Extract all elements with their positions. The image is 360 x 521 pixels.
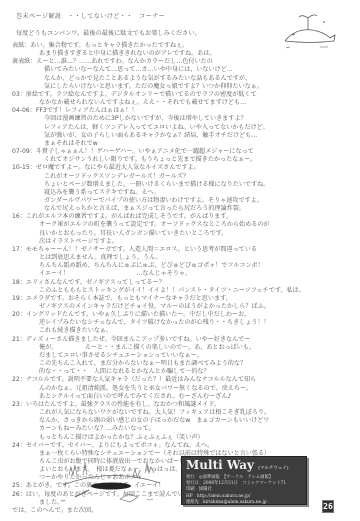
entry-label: 26： (12, 491, 26, 498)
entry-label: 04-06： (12, 107, 36, 114)
entry-label: 24： (12, 442, 26, 449)
page-number: 26 (322, 500, 334, 513)
entry-text: モモちゃーーん！！ゼノサーガです。人造人間＝エロス。という思考が間違っている (26, 246, 257, 253)
entry-text: これがエルフ本の練習ですよ。がんばれば完成しそうです。がんばります。 (26, 213, 232, 220)
commentary-line: ゼノギアスのメインキャラだけどチョイ役。マルーのほうがよかったかしら？ぱふ。 (12, 303, 342, 311)
entry-text: 扉絵です。ラフ絵なんですよ。デジタルオンリーで描いてるのでラフの密度が低くて (26, 91, 257, 98)
commentary-line: ちんちん舐め舐め、ちんちんにゅぷにゅぷ、どぴゅどぴゅゴポォ！でフルコンボ！ (12, 262, 342, 270)
entry-label: 20： (12, 311, 26, 318)
commentary-line: これがオーソドックスツンデレガールズ！ガールズ？ (12, 173, 342, 181)
commentary-line: 17：モモちゃーーん！！ゼノサーガです。人造人間＝エロス。という思考が間違ってい… (12, 246, 342, 254)
commentary-line: 21：ディズィーさん描きましたぜ。今回まんこアップ多いですね。いやー好きなんでー (12, 336, 342, 344)
commentary-line: もっとちんこ描けばよかったかな？ふぇふぇふぇ（笑い声） (12, 434, 342, 442)
commentary-line: 10-15：ゼロ魔ですよー。なにやら最近大人気なルイズさんですよ。 (12, 164, 342, 172)
entry-label: 07-09： (12, 148, 36, 155)
commentary-line: んのかなぁ。元祖清純派。処女を失うと巫女パワー無くなるので、戻えちー。 (12, 385, 342, 393)
commentary-line: 18：エリィさんなんです。ゼノギアスってしってるー？ (12, 279, 342, 287)
entry-text: エメラダです。おそらく本誌で、もっともマイナーなキャラだと思います。 (26, 295, 232, 302)
entry-label: 18： (12, 279, 26, 286)
entry-label: 表紙： (12, 42, 30, 49)
entry-label: 10-15： (12, 164, 36, 171)
commentary-line: なんか、どっかで見たことあるような気がするみたいな話もあるんですが、 (12, 75, 342, 83)
commentary-line: まぁそれはそれでw (12, 140, 342, 148)
commentary-line: 気が強いが、女の子らしい面もあるキャラかなぁ？結局、触手オチだけども… (12, 132, 342, 140)
entry-text: ゼロ魔ですよー。なにやら最近大人気なルイズさんですよ。 (36, 164, 200, 171)
entry-text: エリィさんなんです。ゼノギアスってしってるー？ (26, 279, 165, 286)
commentary-line: だましてエロい事させるシチュエーションっていいなぁー。 (12, 352, 342, 360)
entry-text: いろはたんですよ。最強クラスの性能を有し、なおかつ和風謎メイド。 (26, 401, 220, 408)
commentary-line: 03：扉絵です。ラフ絵なんですよ。デジタルオンリーで描いてるのでラフの密度が低く… (12, 91, 342, 99)
commentary-line: 19：エメラダです。おそらく本誌で、もっともマイナーなキャラだと思います。 (12, 295, 342, 303)
entry-label: 19： (12, 295, 26, 302)
entry-label: 03： (12, 91, 26, 98)
commentary-line: 良いかとおもったり。耳長い人ガンガン描いていきたいところです。 (12, 230, 342, 238)
commentary-line: 次はイラストページですよ。 (12, 238, 342, 246)
entry-label: 16： (12, 213, 26, 220)
entry-text: イングリッドたんです。いやぁ久しぶりに描いた描いたー。中だし中だしわーお。 (26, 311, 250, 318)
commentary-line: なんか、さっきから頭の弱い感じの女の子ばっかだなw まぁゴカーンもいいけどワ (12, 417, 342, 425)
commentary-line: イエーイ！ …なんじゃそりゃ。 (12, 270, 342, 278)
entry-label: 25： (12, 482, 26, 489)
entry-label: 21： (12, 336, 26, 343)
book-title-reading: (マルチウェイ) (258, 466, 288, 471)
commentary-line: 俺が。 えーと・・まんこ描くの楽しいので～。あ、あとおっぱいも。 (12, 344, 342, 352)
commentary-line: 気にしたらいけないと思います。ただの魔女っ娘ですよ？いつか仰仰たいなぁ。 (12, 83, 342, 91)
colophon-title: Multi Way (マルチウェイ) (186, 459, 302, 475)
page-heading: 巻末ページ解説 ・・してないけど・・ コーナー (16, 11, 165, 20)
commentary-line: 描いてみたいなーなんて…思って…さ…いや中身には、いないけど… (12, 66, 342, 74)
commentary-line: 07-09：斗貴子しゃぁぁん！！ゲハーゲハー。いやぁアニメ化で一躍超メジャーにな… (12, 148, 342, 156)
entry-text: ディズィーさん描きましたぜ。今回まんこアップ多いですね。いやー好きなんでー (26, 336, 251, 343)
commentary-list: 表紙：あい。集合物です。もっとキャラ描きたかったですねぇ。あまり描きすぎると中身… (12, 42, 342, 515)
commentary-line: 24：セイバーです。セイバー。よりにもよってボコォ。なんてね。えへ。 (12, 442, 342, 450)
commentary-line: カーンもねーみたいな？…みたいなって。 (12, 425, 342, 433)
commentary-line: ガンダールヴパワーでパイプの使い方は物凄いわけですよ。そりゃ速攻ですよ。 (12, 197, 342, 205)
entry-text: ナコルルです。説明不要な人気キャラ（だった？）最近はみんなナコルルなんて知ら (26, 376, 256, 383)
commentary-line: 今回は漫画練習のために3Pしかないですが、今後は増やしていきますよ？ (12, 115, 342, 123)
book-title: Multi Way (186, 458, 254, 472)
entry-label: 裏表紙： (12, 58, 36, 65)
entry-label: 22： (12, 376, 26, 383)
entry-text: セイバーです。セイバー。よりにもよってボコォ。なんてね。えへ。 (26, 442, 213, 449)
intro-text: 毎度どうもコンバンワ。最後の最後に駄文でもお楽しみください。 (16, 28, 201, 37)
colophon-box: Multi Way (マルチウェイ) 発行 ◎深夢画報 【サークル アレム画報】… (181, 456, 307, 505)
colophon-contact: 連絡先 kirishima@alem.sakura.ne.jp (186, 500, 302, 506)
entry-text: 斗貴子しゃぁぁん！！ゲハーゲハー。いやぁアニメ化で一躍超メジャーになって (36, 148, 254, 155)
afterword-page: 巻末ページ解説 ・・してないけど・・ コーナー 毎度どうもコンバンワ。最後の最後… (0, 0, 360, 521)
entry-label: 23： (12, 401, 26, 408)
entry-label: 17： (12, 246, 26, 253)
commentary-line: 22：ナコルルです。説明不要な人気キャラ（だった？）最近はみんなナコルルなんて知… (12, 376, 342, 384)
commentary-line: ちょいとページ数増えました。一冊いけるくらいまで描ける様になりたいですね。 (12, 181, 342, 189)
entry-text: あい。集合物です。もっとキャラ描きたかったですねぇ。 (30, 42, 188, 49)
entry-text: FF3です！レフィアたんはぁはぁ！！ (36, 107, 138, 114)
commentary-line: オーク軍がエルフの町を襲うって設定です。オーソドックスなところから始めるのが (12, 221, 342, 229)
commentary-line: あとシクルイって面白いので呼んでみてくだされ。むーざんむーざん♪ (12, 393, 342, 401)
commentary-line: 表紙：あい。集合物です。もっとキャラ描きたかったですねぇ。 (12, 42, 342, 50)
commentary-line: これも続き描きたいなぁ。 (12, 327, 342, 335)
commentary-line: 23：いろはたんですよ。最強クラスの性能を有し、なおかつ和風謎メイド。 (12, 401, 342, 409)
island-illustration (55, 455, 170, 510)
commentary-line: レフィアたんは、軽くツンデレ入っててエロいよね。いや入ってないかもだけど。 (12, 124, 342, 132)
commentary-line: とは到底思えません。真理でしょう。うん。 (12, 254, 342, 262)
commentary-line: なかなか載せられないんですよねぇ。ええ・・それでも載せてますけども… (12, 99, 342, 107)
commentary-line: これが人気にならないワケがないですね。大人気！フィギュアは根こそぎ乳ぽろり。 (12, 409, 342, 417)
commentary-line: このふともももとストッキングがイイ！イイよ！！パンスト・タイツ・ニーソフェチです… (12, 287, 342, 295)
commentary-line: 寝込みを襲う系ってステキですね。えへ。 (12, 189, 342, 197)
entry-text: えーと…誰…？……あれですわ。なんかカラーだし…色付いたの (36, 58, 212, 65)
